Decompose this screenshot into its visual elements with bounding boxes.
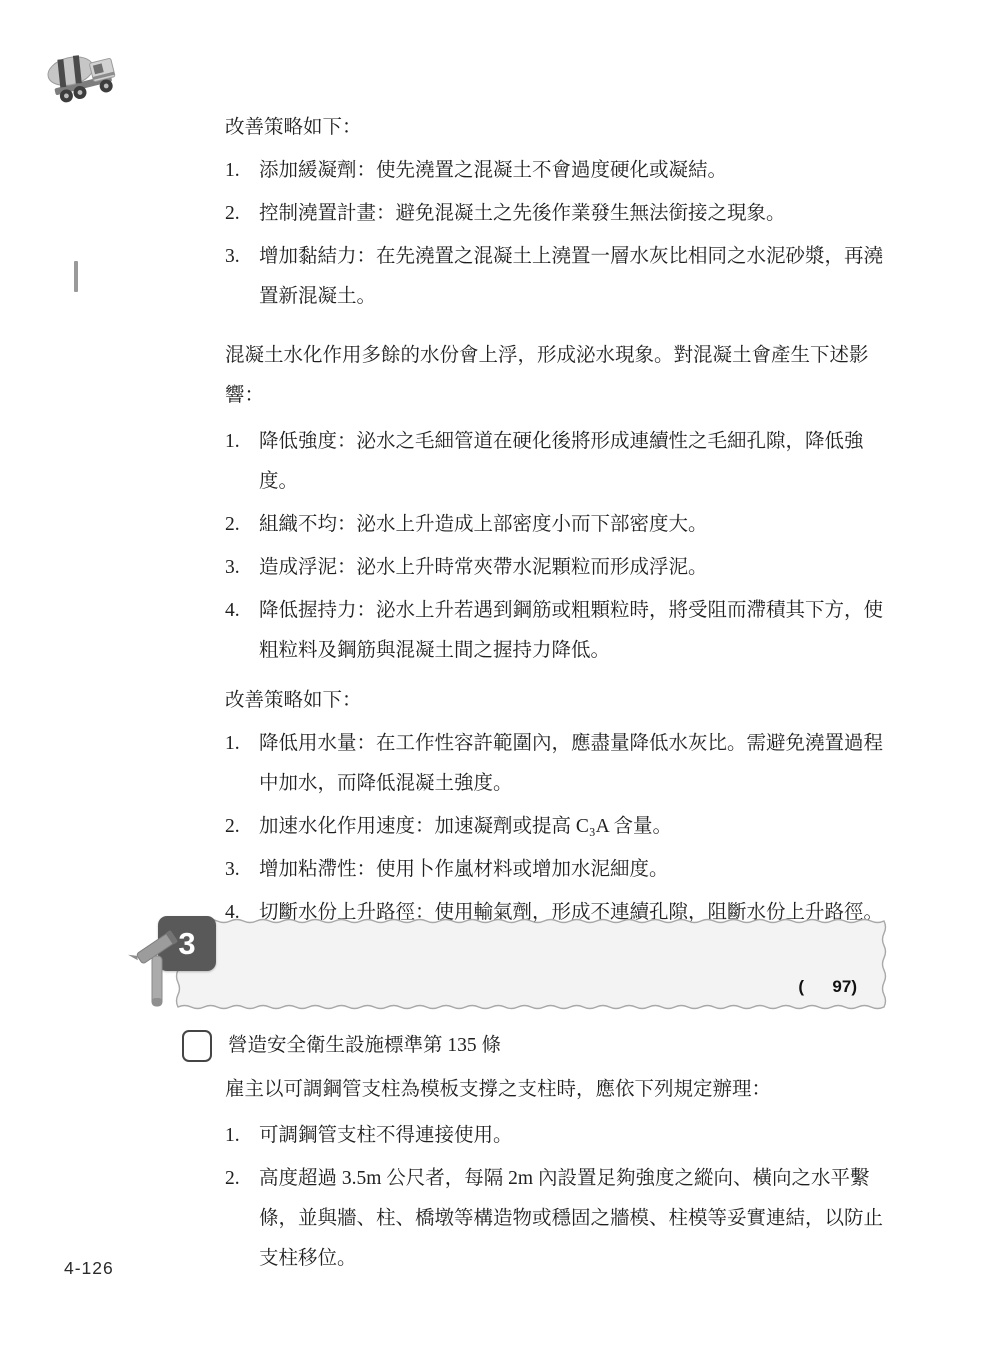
item-number: 3. <box>225 850 259 890</box>
ordered-list: 1. 降低用水量：在工作性容許範圍內，應盡量降低水灰比。需避免澆置過程中加水，而… <box>225 724 885 933</box>
item-text: 增加粘滯性：使用卜作嵐材料或增加水泥細度。 <box>259 850 885 890</box>
item-number: 1. <box>225 151 259 191</box>
ordered-list: 1. 添加緩凝劑：使先澆置之混凝土不會過度硬化或凝結。 2. 控制澆置計畫：避免… <box>225 151 885 317</box>
section-heading: 改善策略如下： <box>225 108 885 148</box>
improvement-section-1: 改善策略如下： 1. 添加緩凝劑：使先澆置之混凝土不會過度硬化或凝結。 2. 控… <box>225 108 885 320</box>
list-item: 2. 高度超過 3.5m 公尺者，每隔 2m 內設置足夠強度之縱向、橫向之水平繫… <box>225 1159 888 1279</box>
item-text: 可調鋼管支柱不得連接使用。 <box>259 1116 888 1156</box>
item-number: 1. <box>225 422 259 502</box>
hammer-icon <box>128 922 192 1019</box>
item-text: 增加黏結力：在先澆置之混凝土上澆置一層水灰比相同之水泥砂漿，再澆置新混凝土。 <box>259 237 885 317</box>
item-text: 造成浮泥：泌水上升時常夾帶水泥顆粒而形成浮泥。 <box>259 548 885 588</box>
item-text: 加速水化作用速度：加速凝劑或提高 C₃A 含量。 <box>259 807 885 847</box>
list-item: 3. 造成浮泥：泌水上升時常夾帶水泥顆粒而形成浮泥。 <box>225 548 885 588</box>
concrete-mixer-truck-icon <box>40 42 128 123</box>
item-text: 降低用水量：在工作性容許範圍內，應盡量降低水灰比。需避免澆置過程中加水，而降低混… <box>259 724 885 804</box>
statute-title: 營造安全衛生設施標準第 135 條 <box>228 1026 501 1066</box>
item-number: 3. <box>225 548 259 588</box>
paragraph: 雇主以可調鋼管支柱為模板支撐之支柱時，應依下列規定辦理： <box>225 1070 888 1110</box>
document-page: { "page": { "number": "4-126" }, "colors… <box>0 0 1000 1357</box>
item-text: 控制澆置計畫：避免混凝土之先後作業發生無法銜接之現象。 <box>259 194 885 234</box>
item-text: 添加緩凝劑：使先澆置之混凝土不會過度硬化或凝結。 <box>259 151 885 191</box>
page-number: 4-126 <box>64 1258 114 1279</box>
ordered-list: 1. 降低強度：泌水之毛細管道在硬化後將形成連續性之毛細孔隙，降低強度。 2. … <box>225 422 885 671</box>
ordered-list: 1. 可調鋼管支柱不得連接使用。 2. 高度超過 3.5m 公尺者，每隔 2m … <box>225 1116 888 1279</box>
list-item: 1. 可調鋼管支柱不得連接使用。 <box>225 1116 888 1156</box>
list-item: 1. 降低強度：泌水之毛細管道在硬化後將形成連續性之毛細孔隙，降低強度。 <box>225 422 885 502</box>
paragraph: 混凝土水化作用多餘的水份會上浮，形成泌水現象。對混凝土會產生下述影響： <box>225 336 885 416</box>
list-item: 3. 增加粘滯性：使用卜作嵐材料或增加水泥細度。 <box>225 850 885 890</box>
list-item: 1. 添加緩凝劑：使先澆置之混凝土不會過度硬化或凝結。 <box>225 151 885 191</box>
item-text: 降低強度：泌水之毛細管道在硬化後將形成連續性之毛細孔隙，降低強度。 <box>259 422 885 502</box>
exam-year-label: ( 97) <box>798 977 857 997</box>
list-item: 2. 控制澆置計畫：避免混凝土之先後作業發生無法銜接之現象。 <box>225 194 885 234</box>
item-number: 2. <box>225 1159 259 1279</box>
list-item: 1. 降低用水量：在工作性容許範圍內，應盡量降低水灰比。需避免澆置過程中加水，而… <box>225 724 885 804</box>
section-heading: 改善策略如下： <box>225 681 885 721</box>
item-number: 1. <box>225 1116 259 1156</box>
item-number: 4. <box>225 591 259 671</box>
list-item: 3. 增加黏結力：在先澆置之混凝土上澆置一層水灰比相同之水泥砂漿，再澆置新混凝土… <box>225 237 885 317</box>
item-text: 高度超過 3.5m 公尺者，每隔 2m 內設置足夠強度之縱向、橫向之水平繫條，並… <box>259 1159 888 1279</box>
margin-marker-bar <box>74 261 78 292</box>
statute-section: 營造安全衛生設施標準第 135 條 雇主以可調鋼管支柱為模板支撐之支柱時，應依下… <box>182 1026 888 1282</box>
checkbox-icon <box>182 1030 212 1062</box>
wavy-border <box>175 918 887 1010</box>
item-number: 2. <box>225 194 259 234</box>
list-item: 2. 組織不均：泌水上升造成上部密度小而下部密度大。 <box>225 505 885 545</box>
item-text: 組織不均：泌水上升造成上部密度小而下部密度大。 <box>259 505 885 545</box>
statute-body: 雇主以可調鋼管支柱為模板支撐之支柱時，應依下列規定辦理： 1. 可調鋼管支柱不得… <box>225 1070 888 1279</box>
item-number: 2. <box>225 807 259 847</box>
list-item: 4. 降低握持力：泌水上升若遇到鋼筋或粗顆粒時，將受阻而滯積其下方，使粗粒料及鋼… <box>225 591 885 671</box>
item-text: 降低握持力：泌水上升若遇到鋼筋或粗顆粒時，將受阻而滯積其下方，使粗粒料及鋼筋與混… <box>259 591 885 671</box>
item-number: 3. <box>225 237 259 317</box>
item-number: 1. <box>225 724 259 804</box>
statute-title-row: 營造安全衛生設施標準第 135 條 <box>182 1026 888 1066</box>
bleeding-section: 混凝土水化作用多餘的水份會上浮，形成泌水現象。對混凝土會產生下述影響： 1. 降… <box>225 336 885 936</box>
question-answer-box: ( 97) <box>175 918 887 1010</box>
item-number: 2. <box>225 505 259 545</box>
list-item: 2. 加速水化作用速度：加速凝劑或提高 C₃A 含量。 <box>225 807 885 847</box>
